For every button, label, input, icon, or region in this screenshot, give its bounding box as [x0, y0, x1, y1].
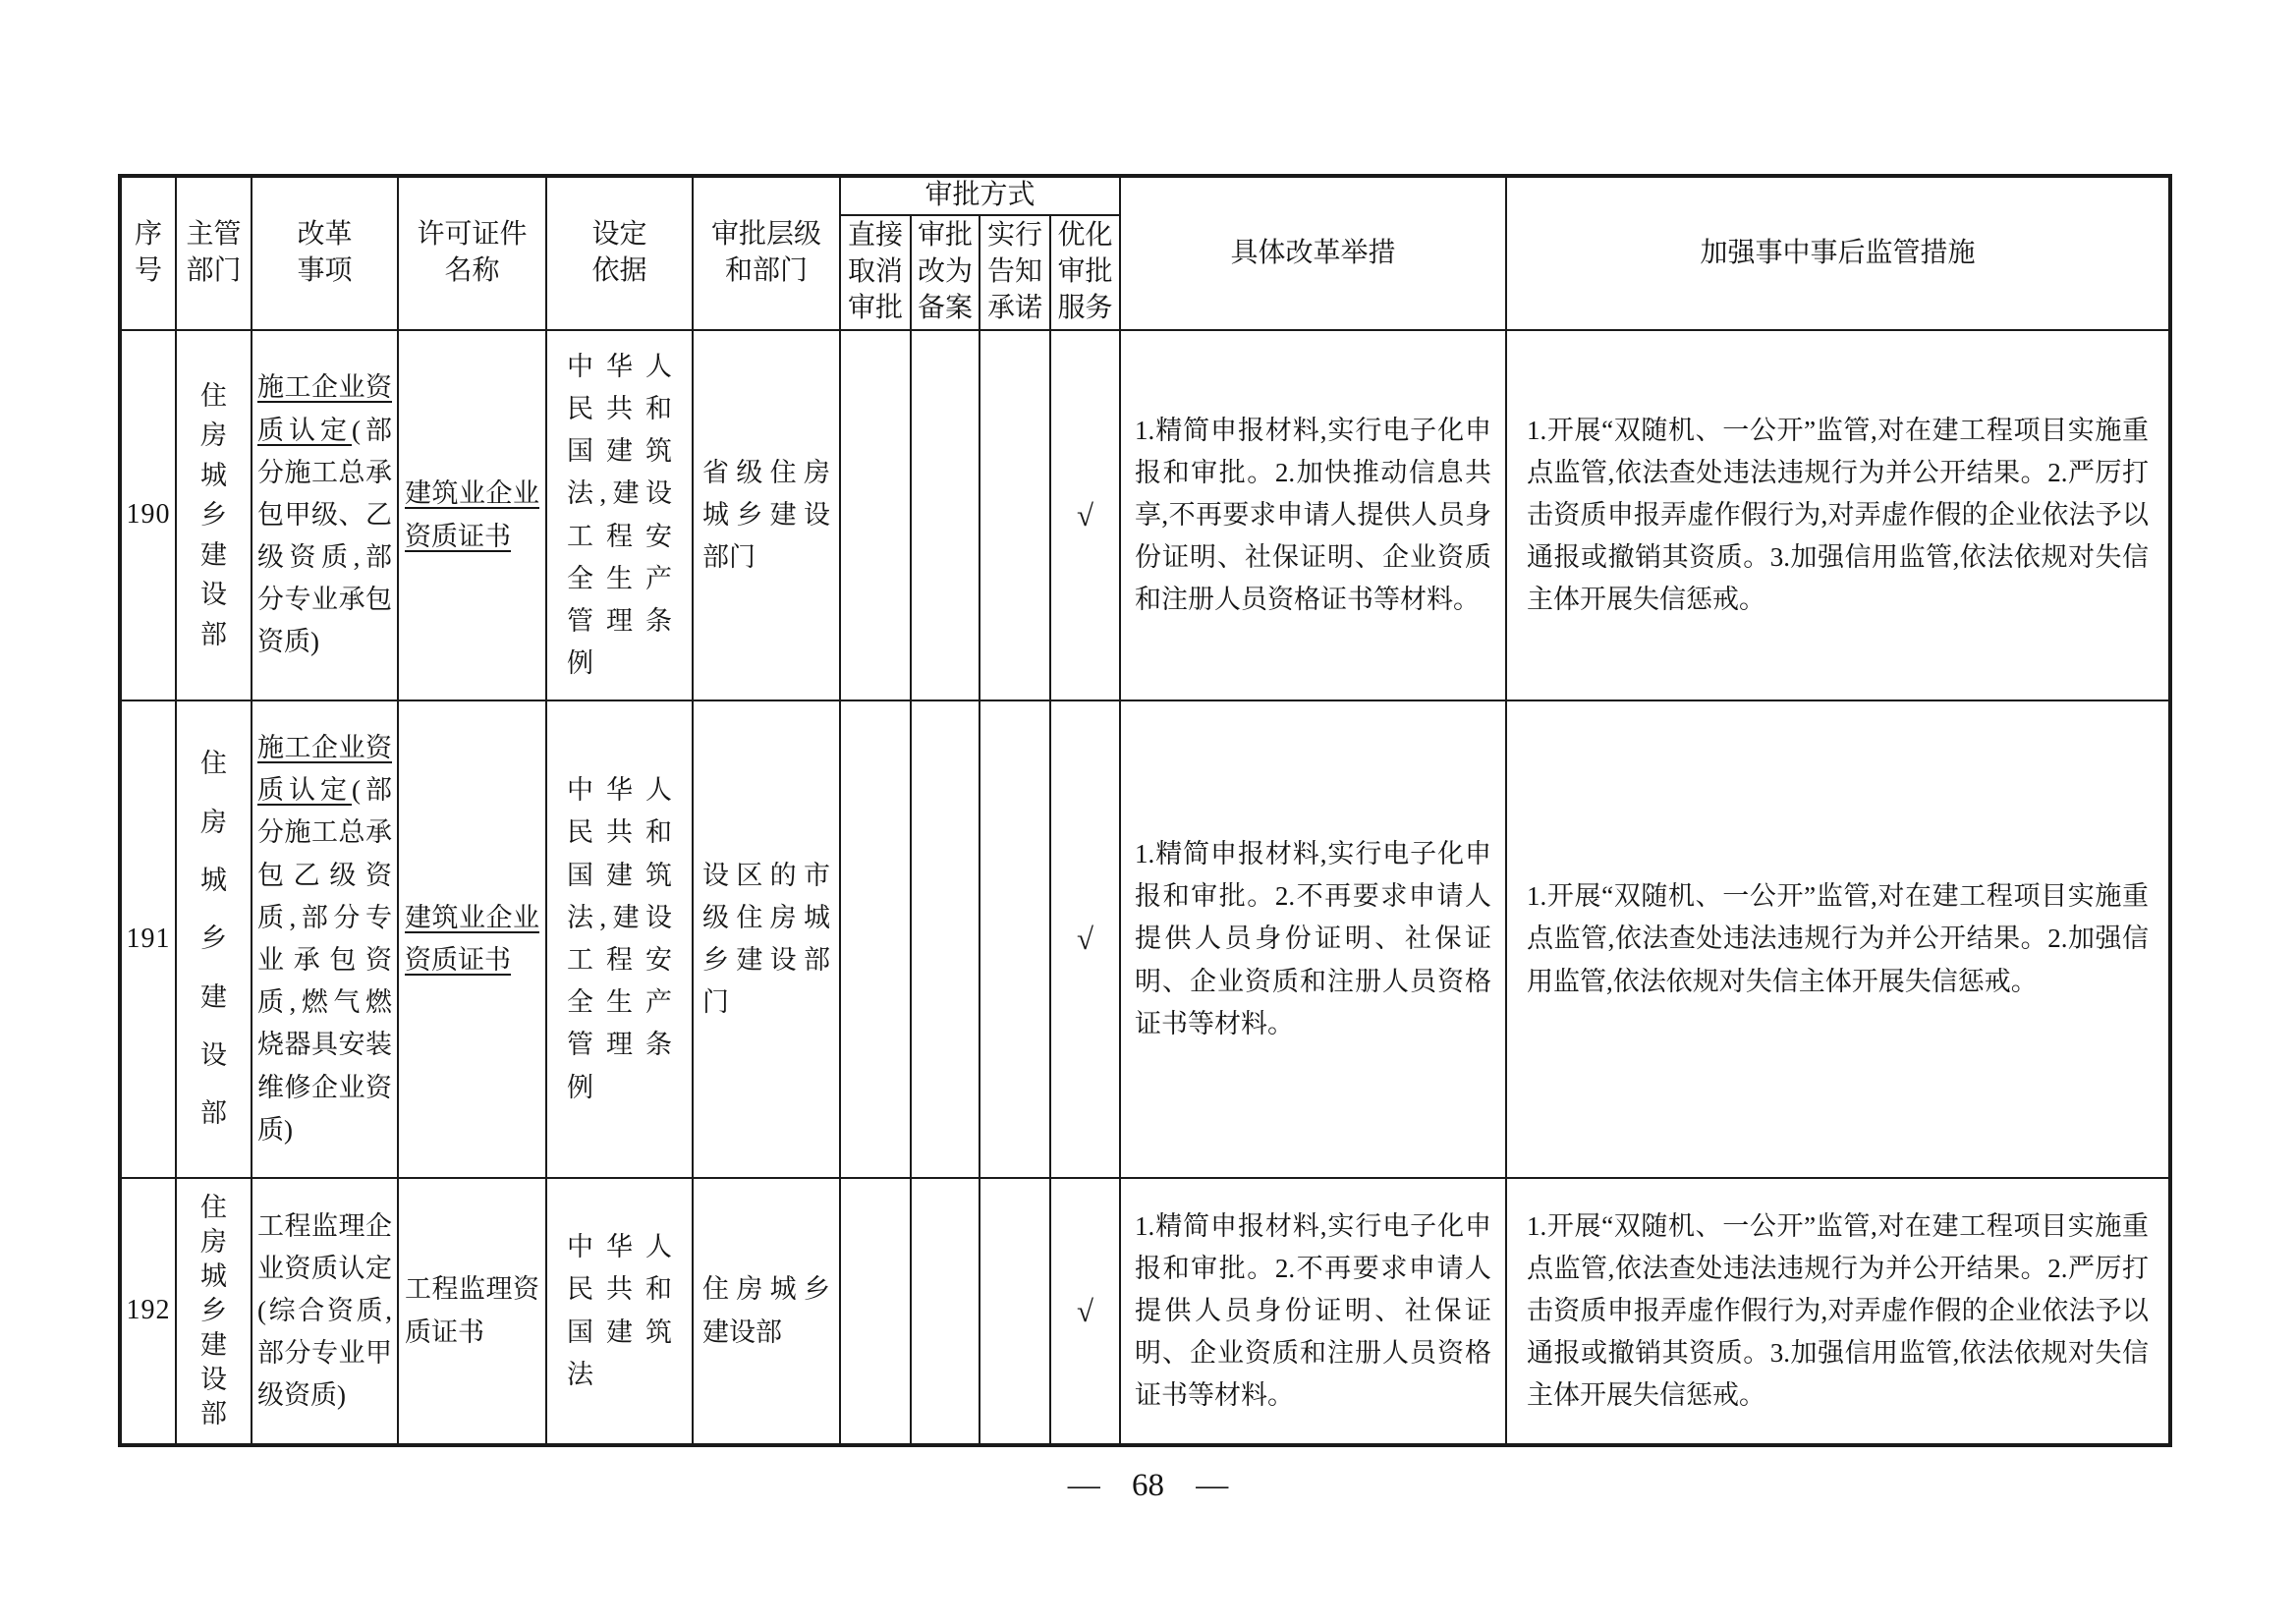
measures-cell: 1.精简申报材料,实行电子化申报和审批。2.不再要求申请人提供人员身份证明、社保… — [1120, 1178, 1506, 1445]
legal-basis-cell: 中华人民共和国建筑法,建设工程安全生产管理条例 — [546, 330, 693, 700]
dept-vertical-text: 住房城乡建设部 — [199, 376, 229, 655]
mode-filing-cell — [911, 700, 980, 1178]
license-text: 工程监理资质证书 — [405, 1274, 539, 1346]
reform-item-cell: 工程监理企业资质认定(综合资质,部分专业甲级资质) — [252, 1178, 398, 1445]
measures-cell: 1.精简申报材料,实行电子化申报和审批。2.加快推动信息共享,不再要求申请人提供… — [1120, 330, 1506, 700]
col-header-mode-filing: 审批 改为 备案 — [911, 215, 980, 330]
mode-cancel-cell — [840, 700, 911, 1178]
approval-level-cell: 设区的市级住房城乡建设部门 — [693, 700, 840, 1178]
table-row-191: 191 住房城乡建设部 施工企业资质认定(部分施工总承包乙级资质,部分专业承包资… — [120, 700, 2170, 1178]
table-row-190: 190 住房城乡建设部 施工企业资质认定(部分施工总承包甲级、乙级资质,部分专业… — [120, 330, 2170, 700]
license-name-cell: 建筑业企业资质证书 — [398, 330, 546, 700]
col-header-mode-commitment: 实行 告知 承诺 — [980, 215, 1050, 330]
supervision-cell: 1.开展“双随机、一公开”监管,对在建工程项目实施重点监管,依法查处违法违规行为… — [1506, 330, 2170, 700]
supervision-cell: 1.开展“双随机、一公开”监管,对在建工程项目实施重点监管,依法查处违法违规行为… — [1506, 1178, 2170, 1445]
supervision-cell: 1.开展“双随机、一公开”监管,对在建工程项目实施重点监管,依法查处违法违规行为… — [1506, 700, 2170, 1178]
license-underlined-text: 建筑业企业资质证书 — [405, 903, 539, 975]
page-number: — 68 — — [0, 1468, 2296, 1504]
table-header: 序 号 主管 部门 改革 事项 许可证件 名称 设定 依据 审批层级 和部门 审… — [120, 176, 2170, 330]
col-header-supervision: 加强事中事后监管措施 — [1506, 176, 2170, 330]
col-header-mode-cancel: 直接 取消 审批 — [840, 215, 911, 330]
approval-level-cell: 住房城乡建设部 — [693, 1178, 840, 1445]
reform-item-cell: 施工企业资质认定(部分施工总承包乙级资质,部分专业承包资质,燃气燃烧器具安装维修… — [252, 700, 398, 1178]
col-header-license-name: 许可证件 名称 — [398, 176, 546, 330]
seq-cell: 190 — [120, 330, 176, 700]
mode-cancel-cell — [840, 330, 911, 700]
license-underlined-text: 建筑业企业资质证书 — [405, 478, 539, 550]
col-header-approval-level: 审批层级 和部门 — [693, 176, 840, 330]
dept-vertical-text: 住房城乡建设部 — [199, 735, 229, 1144]
dept-vertical-text: 住房城乡建设部 — [199, 1191, 229, 1432]
measures-cell: 1.精简申报材料,实行电子化申报和审批。2.不再要求申请人提供人员身份证明、社保… — [1120, 700, 1506, 1178]
table-row-192: 192 住房城乡建设部 工程监理企业资质认定(综合资质,部分专业甲级资质) 工程… — [120, 1178, 2170, 1445]
mode-cancel-cell — [840, 1178, 911, 1445]
seq-cell: 191 — [120, 700, 176, 1178]
license-name-cell: 工程监理资质证书 — [398, 1178, 546, 1445]
col-header-seq: 序 号 — [120, 176, 176, 330]
dept-cell: 住房城乡建设部 — [176, 700, 252, 1178]
approval-level-cell: 省级住房城乡建设部门 — [693, 330, 840, 700]
reform-items-table-sheet: 序 号 主管 部门 改革 事项 许可证件 名称 设定 依据 审批层级 和部门 审… — [118, 174, 2172, 1447]
legal-basis-cell: 中华人民共和国建筑法,建设工程安全生产管理条例 — [546, 700, 693, 1178]
legal-basis-cell: 中华人民共和国建筑法 — [546, 1178, 693, 1445]
col-header-reform-item: 改革 事项 — [252, 176, 398, 330]
license-name-cell: 建筑业企业资质证书 — [398, 700, 546, 1178]
mode-optimize-checkmark-cell: √ — [1050, 330, 1120, 700]
dept-cell: 住房城乡建设部 — [176, 1178, 252, 1445]
col-header-dept: 主管 部门 — [176, 176, 252, 330]
seq-cell: 192 — [120, 1178, 176, 1445]
mode-commitment-cell — [980, 330, 1050, 700]
header-row-1: 序 号 主管 部门 改革 事项 许可证件 名称 设定 依据 审批层级 和部门 审… — [120, 176, 2170, 215]
mode-filing-cell — [911, 1178, 980, 1445]
col-header-mode-optimize: 优化 审批 服务 — [1050, 215, 1120, 330]
scanned-document-page: { "page": { "footer_page_number": "— 68 … — [0, 0, 2296, 1624]
dept-cell: 住房城乡建设部 — [176, 330, 252, 700]
reform-item-text: (部分施工总承包甲级、乙级资质,部分专业承包资质) — [257, 416, 392, 657]
mode-optimize-checkmark-cell: √ — [1050, 700, 1120, 1178]
col-header-measures: 具体改革举措 — [1120, 176, 1506, 330]
reform-item-text: (部分施工总承包乙级资质,部分专业承包资质,燃气燃烧器具安装维修企业资质) — [257, 775, 392, 1145]
col-header-legal-basis: 设定 依据 — [546, 176, 693, 330]
table-body: 190 住房城乡建设部 施工企业资质认定(部分施工总承包甲级、乙级资质,部分专业… — [120, 330, 2170, 1445]
reform-item-cell: 施工企业资质认定(部分施工总承包甲级、乙级资质,部分专业承包资质) — [252, 330, 398, 700]
mode-filing-cell — [911, 330, 980, 700]
mode-optimize-checkmark-cell: √ — [1050, 1178, 1120, 1445]
mode-commitment-cell — [980, 700, 1050, 1178]
reform-item-text: 工程监理企业资质认定(综合资质,部分专业甲级资质) — [257, 1211, 392, 1411]
col-header-approval-mode-group: 审批方式 — [840, 176, 1120, 215]
reform-items-table: 序 号 主管 部门 改革 事项 许可证件 名称 设定 依据 审批层级 和部门 审… — [118, 174, 2172, 1447]
mode-commitment-cell — [980, 1178, 1050, 1445]
